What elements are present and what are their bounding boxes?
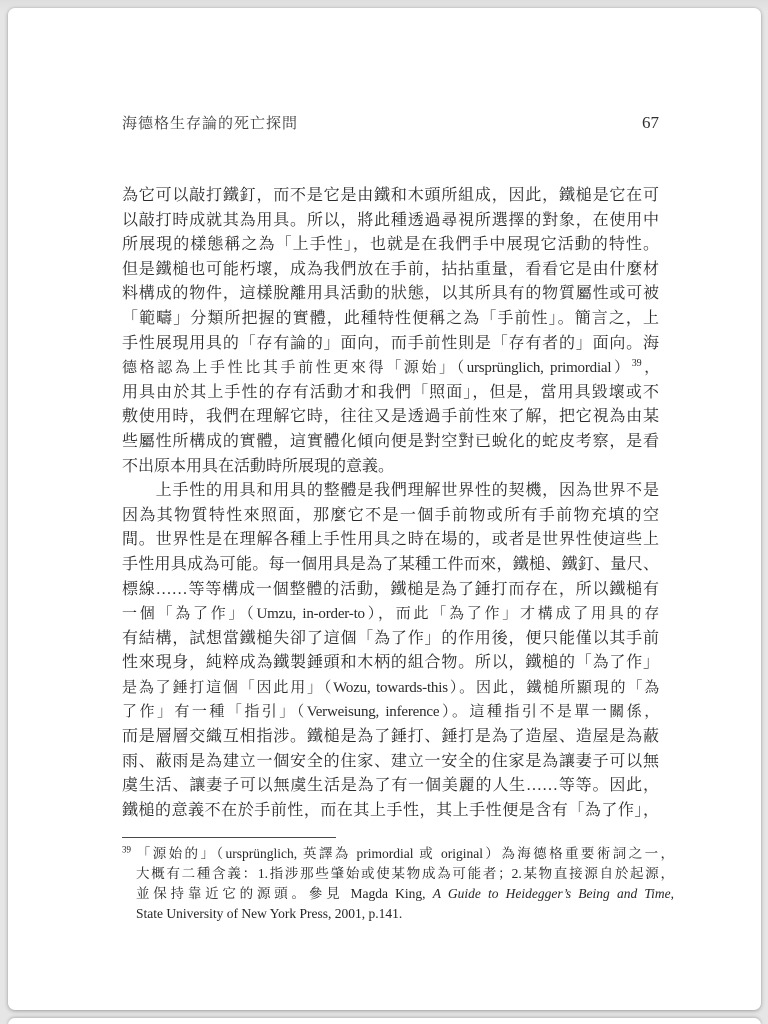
document-page: 海德格生存論的死亡探問 67 為它可以敲打鐵釘，而不是它是由鐵和木頭所組成，因此… [8, 8, 761, 1010]
body-text-line: 上手性的用具和用具的整體是我們理解世界性的契機，因為世界不是 [122, 479, 659, 504]
footnote-line: State University of New York Press, 2001… [122, 904, 674, 924]
body-text-line: 手性展現用具的「存有論的」面向，而手前性則是「存有者的」面向。海 [122, 332, 659, 357]
scan-background: 海德格生存論的死亡探問 67 為它可以敲打鐵釘，而不是它是由鐵和木頭所組成，因此… [0, 0, 768, 1024]
body-text-line: 性來現身，純粹成為鐵製錘頭和木柄的組合物。所以，鐵槌的「為了作」 [122, 651, 659, 676]
body-text-line: 但是鐵槌也可能朽壞，成為我們放在手前，拈拈重量，看看它是由什麼材 [122, 258, 659, 283]
body-text-line: 因為其物質特性來照面，那麼它不是一個手前物或所有手前物充填的空 [122, 504, 659, 529]
line-text: ， [641, 360, 659, 376]
body-text-line: 料構成的物件，這樣脫離用具活動的狀態，以其所具有的物質屬性或可被 [122, 282, 659, 307]
body-text-line: 用具由於其上手性的存有活動才和我們「照面」，但是，當用具毀壞或不 [122, 381, 659, 406]
footnote-reference-39: 39 [632, 358, 642, 369]
footnote-separator [122, 837, 336, 838]
body-text-line: 手性用具成為可能。每一個用具是為了某種工件而來，鐵槌、鐵釘、量尺、 [122, 553, 659, 578]
book-title: A Guide to Heidegger’s Being and Time [433, 886, 671, 901]
body-text-line: 間。世界性是在理解各種上手性用具之時在場的，或者是世界性使這些上 [122, 528, 659, 553]
running-title: 海德格生存論的死亡探問 [122, 112, 298, 133]
body-text-line: 所展現的樣態稱之為「上手性」，也就是在我們手中展現它活動的特性。 [122, 233, 659, 258]
body-text-line: 敷使用時，我們在理解它時，往往又是透過手前性來了解，把它視為由某 [122, 405, 659, 430]
body-text-line: 「範疇」分類所把握的實體，此種特性便稱之為「手前性」。簡言之，上 [122, 307, 659, 332]
body-text-line: 德格認為上手性比其手前性更來得「源始」（ursprünglich, primor… [122, 356, 659, 381]
body-text: 為它可以敲打鐵釘，而不是它是由鐵和木頭所組成，因此，鐵槌是它在可 以敲打時成就其… [122, 184, 659, 823]
line-text: 德格認為上手性比其手前性更來得「源始」（ursprünglich, primor… [122, 360, 632, 376]
body-text-line: 不出原本用具在活動時所展現的意義。 [122, 455, 659, 480]
footnote-text: 並保持靠近它的源頭。參見 Magda King, [136, 886, 433, 901]
body-text-line: 是為了錘打這個「因此用」（Wozu, towards-this）。因此，鐵槌所顯… [122, 676, 659, 701]
footnote-line: 並保持靠近它的源頭。參見 Magda King, A Guide to Heid… [122, 884, 674, 904]
body-text-line: 鐵槌的意義不在於手前性，而在其上手性，其上手性便是含有「為了作」， [122, 799, 659, 824]
next-page-edge [8, 1018, 761, 1024]
body-text-line: 標線……等等構成一個整體的活動，鐵槌是為了錘打而存在，所以鐵槌有 [122, 578, 659, 603]
footnote-block: 39 「源始的」（ursprünglich, 英譯為 primordial 或 … [122, 844, 674, 924]
body-text-line: 些屬性所構成的實體，這實體化傾向便是對空對已蛻化的蛇皮考察，是看 [122, 430, 659, 455]
footnote-text: 「源始的」（ursprünglich, 英譯為 primordial 或 ori… [137, 846, 674, 861]
body-text-line: 以敲打時成就其為用具。所以，將此種透過尋視所選擇的對象，在使用中 [122, 209, 659, 234]
footnote-text: , [671, 886, 674, 901]
body-text-line: 而是層層交織互相指涉。鐵槌是為了錘打、錘打是為了造屋、造屋是為蔽 [122, 725, 659, 750]
footnote-line: 39 「源始的」（ursprünglich, 英譯為 primordial 或 … [122, 844, 674, 864]
body-text-line: 有結構，試想當鐵槌失卻了這個「為了作」的作用後，便只能僅以其手前 [122, 627, 659, 652]
body-text-line: 為它可以敲打鐵釘，而不是它是由鐵和木頭所組成，因此，鐵槌是它在可 [122, 184, 659, 209]
page-number: 67 [642, 113, 659, 133]
footnote-marker-39: 39 [122, 845, 131, 855]
body-text-line: 了作」有一種「指引」（Verweisung, inference）。這種指引不是… [122, 700, 659, 725]
page-header: 海德格生存論的死亡探問 67 [122, 112, 659, 133]
body-text-line: 一個「為了作」（Umzu, in-order-to），而此「為了作」才構成了用具… [122, 602, 659, 627]
body-text-line: 虞生活、讓妻子可以無虞生活是為了有一個美麗的人生……等等。因此， [122, 774, 659, 799]
body-text-line: 雨、蔽雨是為建立一個安全的住家、建立一安全的住家是為讓妻子可以無 [122, 750, 659, 775]
footnote-line: 大概有二種含義：1.指涉那些肇始或使某物成為可能者；2.某物直接源自於起源， [122, 864, 674, 884]
